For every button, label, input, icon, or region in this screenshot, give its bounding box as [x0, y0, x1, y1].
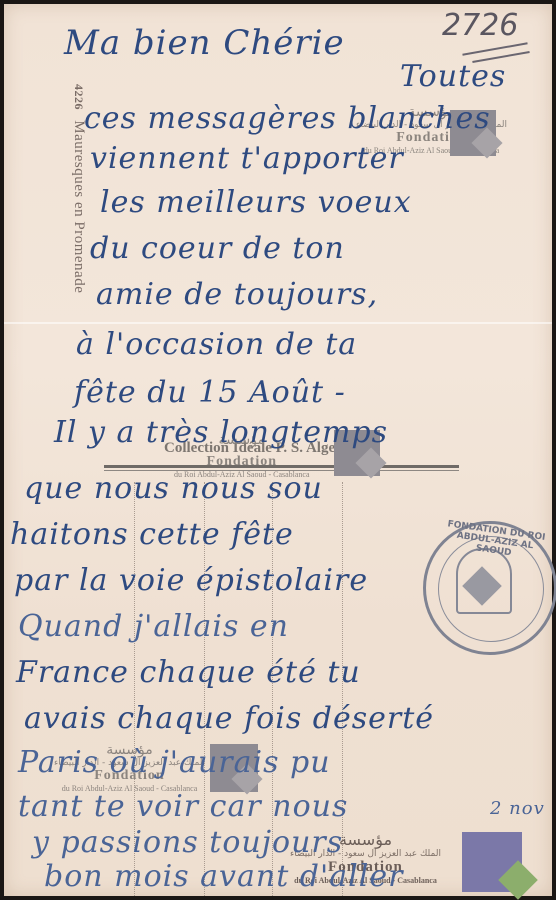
fold-crease [4, 322, 552, 324]
handwritten-line: Quand j'allais en [18, 612, 289, 642]
handwritten-line: ces messagères blanches [84, 104, 491, 134]
watermark-title: Fondation [207, 454, 277, 470]
handwritten-line: à l'occasion de ta [76, 330, 357, 360]
handwritten-line: y passions toujours [32, 828, 343, 858]
handwritten-line: haitons cette fête [10, 520, 294, 550]
handwritten-line: Il y a très longtemps [54, 418, 388, 448]
margin-note: 2 nov [490, 800, 545, 818]
watermark-arabic-title: مؤسسة [339, 830, 392, 849]
handwritten-line: tant te voir car nous [18, 792, 348, 822]
handwritten-line: amie de toujours, [96, 280, 378, 310]
foundation-stamp: FONDATION DU ROI ABDUL-AZIZ AL SAOUD [423, 521, 556, 655]
handwritten-line: Paris où j'aurais pu [18, 748, 331, 778]
handwritten-line: avais chaque fois déserté [24, 704, 434, 734]
handwritten-line: fête du 15 Août - [74, 378, 346, 408]
postcard: 2726 4226 Mauresques en Promenade مؤسسة … [4, 4, 552, 896]
catalog-number: 2726 [442, 8, 518, 43]
handwritten-line: que nous nous sou [24, 474, 323, 504]
handwritten-line: Ma bien Chérie [64, 26, 345, 60]
caption-text: Mauresques en Promenade [71, 120, 87, 293]
handwritten-line: du coeur de ton [90, 234, 345, 264]
handwritten-line: France chaque été tu [16, 658, 361, 688]
handwritten-line: par la voie épistolaire [14, 566, 368, 596]
handwritten-line: bon mois avant d'aller [44, 862, 403, 892]
handwritten-line: Toutes [400, 62, 506, 92]
handwritten-line: viennent t'apporter [90, 144, 404, 174]
handwritten-line: les meilleurs voeux [100, 188, 412, 218]
